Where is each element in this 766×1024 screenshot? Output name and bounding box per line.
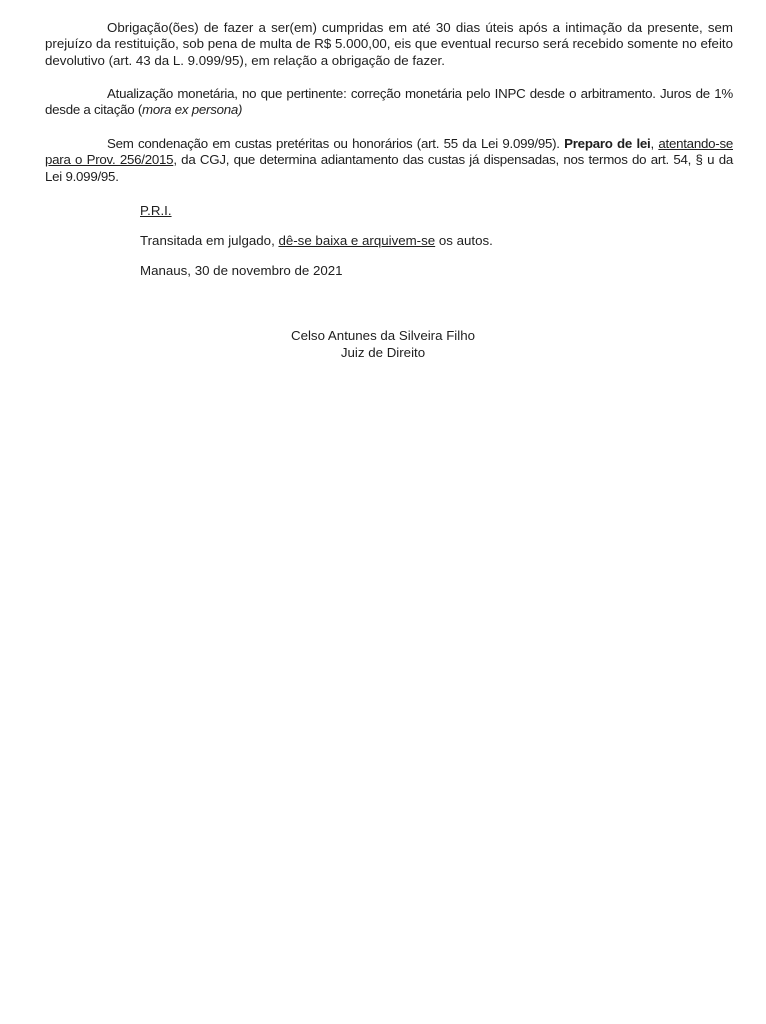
paragraph-custas-bold: Preparo de lei [564, 136, 650, 151]
transitada-line: Transitada em julgado, dê-se baixa e arq… [140, 233, 493, 249]
date-line: Manaus, 30 de novembro de 2021 [140, 263, 343, 279]
signature-name: Celso Antunes da Silveira Filho [0, 328, 766, 345]
paragraph-custas: Sem condenação em custas pretéritas ou h… [45, 136, 733, 185]
paragraph-atualizacao-italic: mora ex persona) [142, 102, 242, 117]
paragraph-custas-part1: Sem condenação em custas pretéritas ou h… [107, 136, 564, 151]
transitada-part2: os autos. [435, 233, 493, 248]
paragraph-obrigacao: Obrigação(ões) de fazer a ser(em) cumpri… [45, 20, 733, 69]
transitada-underlined: dê-se baixa e arquivem-se [278, 233, 435, 248]
paragraph-obrigacao-text: Obrigação(ões) de fazer a ser(em) cumpri… [45, 20, 733, 68]
pri-line: P.R.I. [140, 203, 172, 219]
signature-block: Celso Antunes da Silveira Filho Juiz de … [0, 328, 766, 361]
signature-title: Juiz de Direito [0, 345, 766, 362]
document-page: Obrigação(ões) de fazer a ser(em) cumpri… [0, 0, 766, 1024]
paragraph-atualizacao: Atualização monetária, no que pertinente… [45, 86, 733, 119]
transitada-part1: Transitada em julgado, [140, 233, 278, 248]
